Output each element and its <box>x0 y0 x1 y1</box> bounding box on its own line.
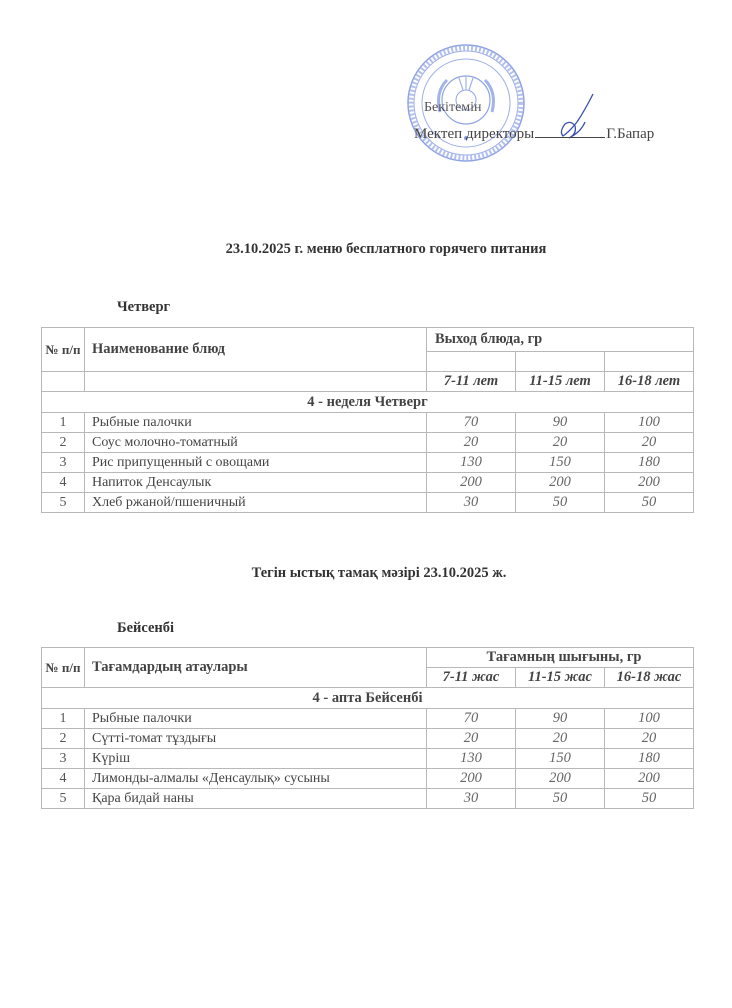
portion-value: 180 <box>605 749 694 769</box>
row-number: 5 <box>42 493 85 513</box>
portion-value: 50 <box>516 789 605 809</box>
dish-name: Сүтті-томат тұздығы <box>85 729 427 749</box>
header-empty-cell <box>605 352 694 372</box>
dish-name: Лимонды-алмалы «Денсаулық» сусыны <box>85 769 427 789</box>
empty-cell <box>42 372 85 392</box>
portion-value: 200 <box>605 473 694 493</box>
row-number: 4 <box>42 769 85 789</box>
header-empty-cell <box>427 352 516 372</box>
dish-name: Напиток Денсаулык <box>85 473 427 493</box>
ru-menu-title: 23.10.2025 г. меню бесплатного горячего … <box>0 241 732 258</box>
row-number: 3 <box>42 453 85 473</box>
portion-value: 200 <box>516 473 605 493</box>
dish-name: Қара бидай наны <box>85 789 427 809</box>
portion-value: 180 <box>605 453 694 473</box>
week-label: 4 - апта Бейсенбі <box>42 688 694 709</box>
portion-value: 70 <box>427 709 516 729</box>
dish-name: Соус молочно-томатный <box>85 433 427 453</box>
portion-value: 130 <box>427 453 516 473</box>
header-dish-name: Наименование блюд <box>85 328 427 372</box>
dish-name: Рыбные палочки <box>85 413 427 433</box>
portion-value: 20 <box>605 433 694 453</box>
kz-menu-table: № п/п Тағамдардың атаулары Тағамның шығы… <box>41 647 694 809</box>
portion-value: 100 <box>605 709 694 729</box>
portion-value: 50 <box>516 493 605 513</box>
dish-name: Күріш <box>85 749 427 769</box>
header-output: Выход блюда, гр <box>427 328 694 352</box>
header-num: № п/п <box>42 328 85 372</box>
portion-value: 50 <box>605 493 694 513</box>
table-row: 2Соус молочно-томатный202020 <box>42 433 694 453</box>
portion-value: 70 <box>427 413 516 433</box>
director-label: Мектеп директоры <box>414 126 534 142</box>
row-number: 2 <box>42 433 85 453</box>
portion-value: 20 <box>516 729 605 749</box>
dish-name: Рис припущенный с овощами <box>85 453 427 473</box>
ru-menu-table: № п/п Наименование блюд Выход блюда, гр … <box>41 327 694 513</box>
header-empty-cell <box>516 352 605 372</box>
table-row: 3Күріш130150180 <box>42 749 694 769</box>
header-output: Тағамның шығыны, гр <box>427 648 694 668</box>
portion-value: 150 <box>516 453 605 473</box>
table-row: 5Хлеб ржаной/пшеничный305050 <box>42 493 694 513</box>
portion-value: 20 <box>427 729 516 749</box>
signature-underline <box>535 124 605 138</box>
portion-value: 200 <box>516 769 605 789</box>
row-number: 3 <box>42 749 85 769</box>
header-age-11-15: 11-15 лет <box>516 372 605 392</box>
header-age-16-18: 16-18 лет <box>605 372 694 392</box>
table-row: 5Қара бидай наны305050 <box>42 789 694 809</box>
header-age-11-15: 11-15 жас <box>516 668 605 688</box>
table-row: 1Рыбные палочки7090100 <box>42 709 694 729</box>
portion-value: 100 <box>605 413 694 433</box>
table-row: 4Лимонды-алмалы «Денсаулық» сусыны200200… <box>42 769 694 789</box>
portion-value: 200 <box>427 473 516 493</box>
portion-value: 20 <box>605 729 694 749</box>
approval-label: Бекітемін <box>424 100 482 116</box>
portion-value: 30 <box>427 493 516 513</box>
ru-day-label: Четверг <box>117 299 170 316</box>
table-row: 3Рис припущенный с овощами130150180 <box>42 453 694 473</box>
row-number: 1 <box>42 413 85 433</box>
row-number: 2 <box>42 729 85 749</box>
portion-value: 30 <box>427 789 516 809</box>
table-row: 1Рыбные палочки7090100 <box>42 413 694 433</box>
dish-name: Рыбные палочки <box>85 709 427 729</box>
portion-value: 20 <box>427 433 516 453</box>
empty-cell <box>85 372 427 392</box>
portion-value: 90 <box>516 709 605 729</box>
director-name: Г.Бапар <box>606 126 654 142</box>
dish-name: Хлеб ржаной/пшеничный <box>85 493 427 513</box>
row-number: 5 <box>42 789 85 809</box>
kz-menu-title: Тегін ыстық тамақ мәзірі 23.10.2025 ж. <box>0 565 732 582</box>
row-number: 1 <box>42 709 85 729</box>
portion-value: 130 <box>427 749 516 769</box>
row-number: 4 <box>42 473 85 493</box>
header-age-7-11: 7-11 лет <box>427 372 516 392</box>
kz-day-label: Бейсенбі <box>117 620 174 637</box>
portion-value: 50 <box>605 789 694 809</box>
header-num: № п/п <box>42 648 85 688</box>
portion-value: 200 <box>427 769 516 789</box>
header-age-7-11: 7-11 жас <box>427 668 516 688</box>
header-dish-name: Тағамдардың атаулары <box>85 648 427 688</box>
table-row: 4Напиток Денсаулык200200200 <box>42 473 694 493</box>
portion-value: 150 <box>516 749 605 769</box>
portion-value: 90 <box>516 413 605 433</box>
portion-value: 200 <box>605 769 694 789</box>
portion-value: 20 <box>516 433 605 453</box>
header-age-16-18: 16-18 жас <box>605 668 694 688</box>
director-signature-line: Мектеп директорыГ.Бапар <box>414 124 654 143</box>
week-label: 4 - неделя Четверг <box>42 392 694 413</box>
table-row: 2Сүтті-томат тұздығы202020 <box>42 729 694 749</box>
